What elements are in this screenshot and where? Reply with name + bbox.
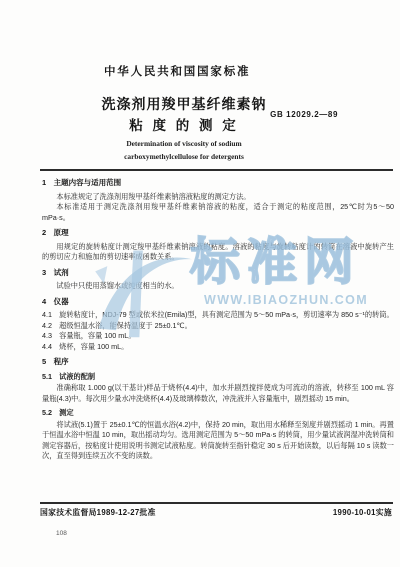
section-2-heading: 2 原理	[42, 228, 394, 239]
document-body: 1 主题内容与适用范围 本标准规定了洗涤剂用羧甲基纤维素钠溶液粘度的测定方法。 …	[42, 177, 394, 503]
section-3-paragraph: 试验中只使用蒸馏水或纯度相当的水。	[42, 281, 394, 292]
page-number: 108	[56, 530, 67, 537]
english-title-line1: Determination of viscosity of sodium	[58, 137, 310, 150]
section-4-heading: 4 仪器	[42, 297, 394, 308]
standard-number: GB 12029.2—89	[270, 110, 338, 119]
subsection-5-2-heading: 5.2 测定	[42, 408, 394, 419]
section-3-heading: 3 试剂	[42, 268, 394, 279]
scanned-standard-page: 中华人民共和国国家标准 洗涤剂用羧甲基纤维素钠 粘 度 的 测 定 GB 120…	[0, 0, 400, 567]
english-title-line2: carboxymethylcellulose for detergents	[58, 150, 310, 163]
subsection-5-1-heading: 5.1 试液的配制	[42, 372, 394, 383]
section-1-paragraph: 本标准规定了洗涤剂用羧甲基纤维素钠溶液粘度的测定方法。	[42, 192, 394, 203]
footer-divider	[40, 502, 393, 504]
document-title-line2: 粘 度 的 测 定	[58, 116, 310, 136]
national-standard-label: 中华人民共和国国家标准	[104, 63, 250, 79]
subsection-5-1-paragraph: 准确称取 1.000 g(以干基计)样品于烧杯(4.4)中，加水并剧烈搅拌使成为…	[42, 383, 394, 404]
apparatus-item: 4.1 旋转粘度计，NDJ-79 型或依米拉(Emila)型，具有测定范围为 5…	[42, 310, 394, 321]
section-1-heading: 1 主题内容与适用范围	[42, 178, 394, 189]
section-1-paragraph: 本标准适用于测定洗涤剂用羧甲基纤维素钠溶液的粘度，适合于测定的粘度范围，25℃时…	[42, 202, 394, 223]
apparatus-item: 4.4 烧杯，容量 100 mL。	[42, 342, 394, 353]
subsection-5-2-paragraph: 将试液(5.1)置于 25±0.1℃的恒温水浴(4.2)中，保持 20 min，…	[42, 420, 394, 462]
section-2-paragraph: 用规定的旋转粘度计测定羧甲基纤维素钠溶液的粘度。溶液的粘度与旋转粘度计的转筒在溶…	[42, 242, 394, 263]
apparatus-item: 4.2 超级恒温水浴，能保持温度于 25±0.1℃。	[42, 321, 394, 332]
header-divider	[40, 169, 393, 171]
apparatus-item: 4.3 容量瓶，容量 100 mL。	[42, 331, 394, 342]
implementation-note: 1990-10-01实施	[333, 507, 392, 518]
approval-note: 国家技术监督局1989-12-27批准	[40, 507, 156, 518]
section-5-heading: 5 程序	[42, 357, 394, 368]
english-title: Determination of viscosity of sodium car…	[58, 137, 310, 163]
